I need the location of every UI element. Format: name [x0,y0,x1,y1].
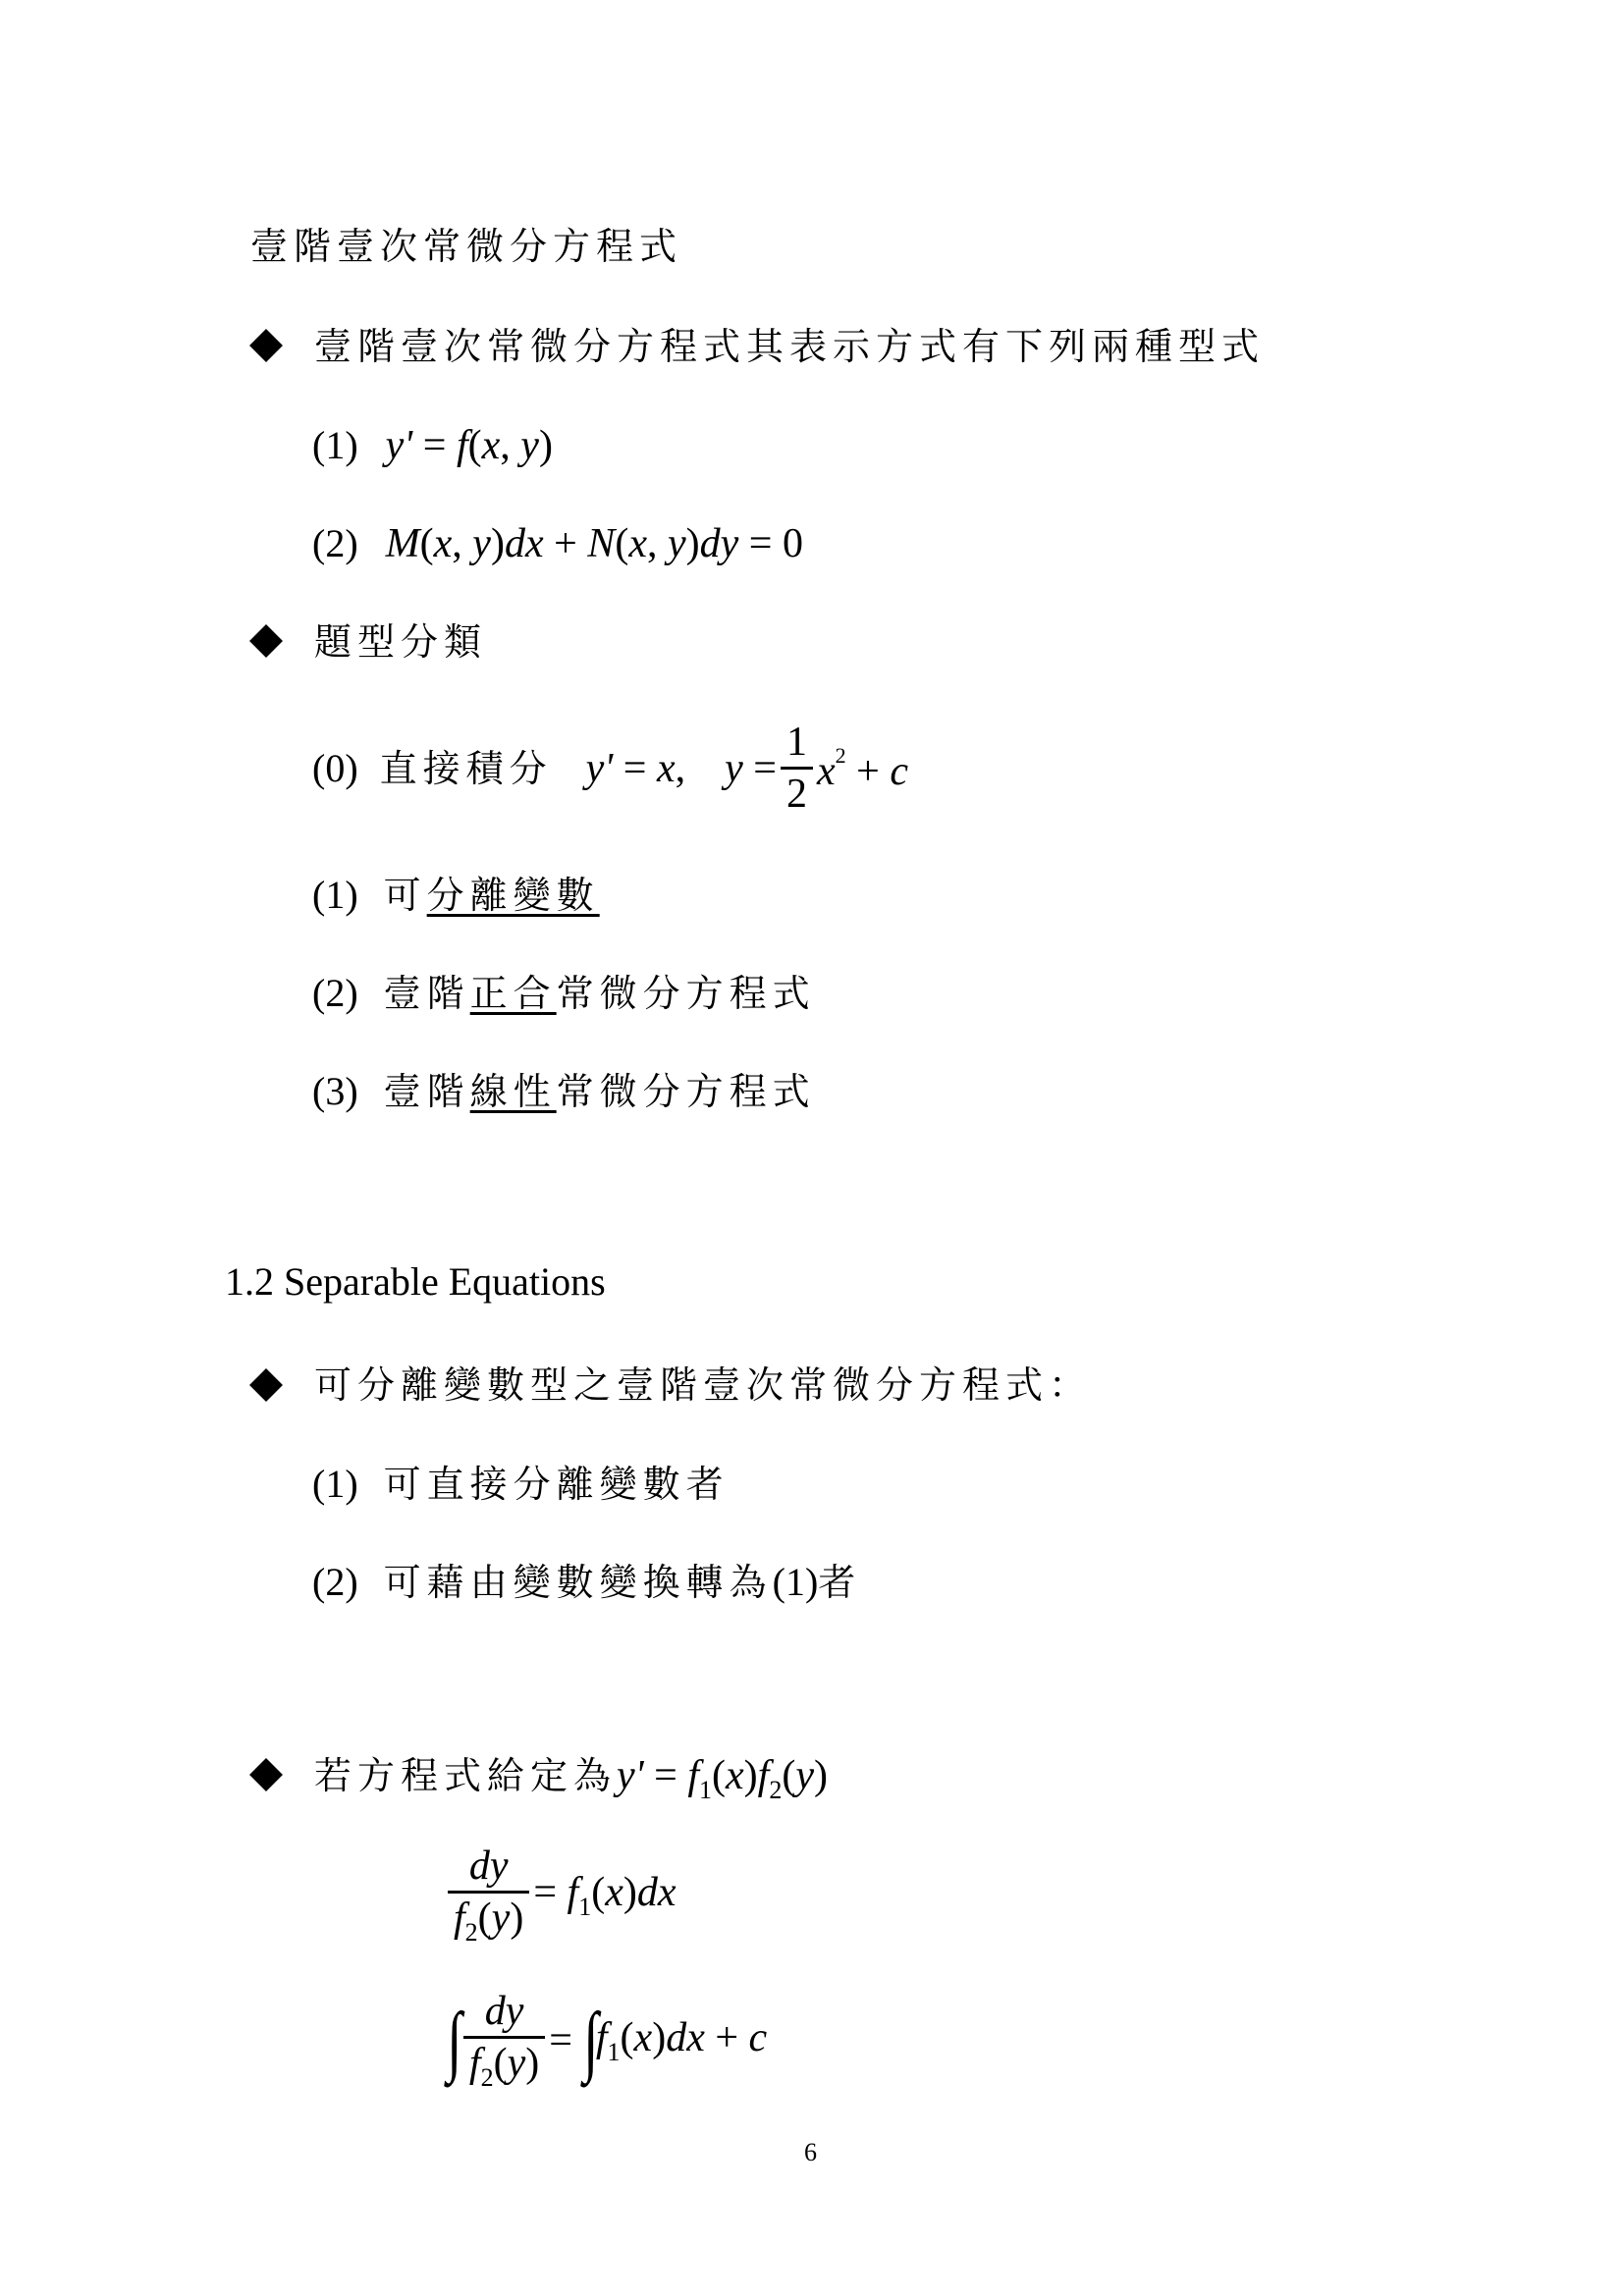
equation-item-2: (2) M(x, y)dx + N(x, y)dy = 0 [312,520,803,566]
bullet-text: 若方程式給定為 [314,1754,617,1797]
fraction-dy-over-f2: dy f2(y) [448,1845,529,1946]
equation-y-lhs: y = [725,748,777,789]
item-ref: (1) [773,1560,819,1604]
equals-sign: = [549,2020,572,2061]
bullet-text: 題型分類 [314,623,487,661]
item-text: 可直接分離變數者 [384,1463,730,1506]
section-title: 壹階壹次常微分方程式 [250,228,682,265]
equation-y-prime-x: y' = x, [586,748,685,789]
item-text-end: 者 [818,1561,861,1604]
item-suffix: 常微分方程式 [557,972,816,1015]
diamond-bullet-icon [249,624,283,658]
equation-y-prime-f1f2: y' = f1(x)f2(y) [617,1753,828,1798]
diamond-bullet-icon [249,329,283,362]
integral-sign-icon: ∫ [583,2002,598,2080]
derivation-equation-2: ∫ dy f2(y) = ∫ f1(x)dx + c [444,1991,767,2091]
equation-rhs: = f1(x)dx [533,1872,676,1920]
diamond-bullet-icon [249,1368,283,1402]
bullet-text: 可分離變數型之壹階壹次常微分方程式： [314,1366,1092,1404]
item-prefix: 壹階 [384,1070,470,1113]
classification-item-2: (2) 壹階正合常微分方程式 [312,970,816,1016]
item-label: (2) [312,971,358,1015]
item-label: (1) [312,1462,358,1506]
item-label: (1) [312,873,358,917]
separable-item-2: (2) 可藉由變數變換轉為(1)者 [312,1559,861,1605]
classification-item-3: (3) 壹階線性常微分方程式 [312,1068,816,1114]
bullet-given-equation: 若方程式給定為y' = f1(x)f2(y) [314,1755,828,1803]
item-prefix: 壹階 [384,972,470,1015]
item-suffix: 常微分方程式 [557,1070,816,1113]
item-label: (2) [312,521,358,565]
item-label: (2) [312,1560,358,1604]
item-prefix: 可 [384,874,427,917]
equation-rhs: f1(x)dx + c [596,2017,767,2065]
item-text: 可藉由變數變換轉為 [384,1561,773,1604]
classification-item-0: (0) 直接積分 y' = x, y = 1 2 x2 + c [312,721,908,815]
item-underlined-term: 正合 [470,972,557,1015]
separable-item-1: (1) 可直接分離變數者 [312,1461,730,1507]
equation-y-rhs: x2 + c [817,745,908,792]
item-label: (0) [312,745,358,791]
item-text: 直接積分 [380,750,553,787]
derivation-equation-1: dy f2(y) = f1(x)dx [444,1845,677,1946]
section-heading: 1.2 Separable Equations [225,1262,606,1302]
equation-item-1: (1) y' = f(x, y) [312,422,553,468]
diamond-bullet-icon [249,1758,283,1791]
equation-y-prime-f: y' = f(x, y) [386,423,553,468]
item-underlined-term: 線性 [470,1070,557,1113]
integral-sign-icon: ∫ [447,2002,461,2080]
fraction-one-half: 1 2 [781,721,813,815]
fraction-dy-over-f2: dy f2(y) [463,1991,545,2091]
equation-mdx-ndy: M(x, y)dx + N(x, y)dy = 0 [386,521,803,566]
bullet-text: 壹階壹次常微分方程式其表示方式有下列兩種型式 [314,328,1265,365]
item-label: (1) [312,423,358,467]
item-underlined-term: 分離變數 [427,874,600,917]
item-label: (3) [312,1069,358,1113]
classification-item-1: (1) 可分離變數 [312,872,600,918]
page-number: 6 [804,2138,817,2167]
